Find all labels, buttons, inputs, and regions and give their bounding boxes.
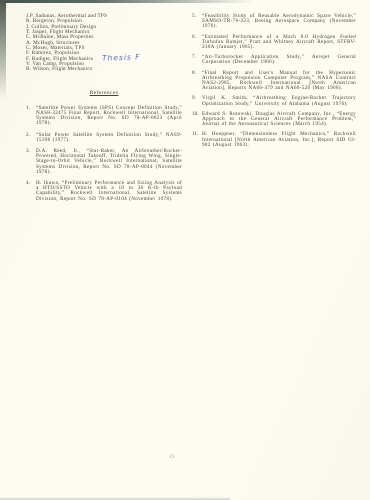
contributors-list: J.P. Sadunas, Aerothermal and TPS R. Ber… [26,14,182,73]
reference-item: 9. Virgil K. Smith, “Airbreathing Engine… [192,96,356,106]
reference-number: 6. [192,35,196,40]
reference-number: 4. [26,181,30,186]
reference-text: “Final Report and User's Manual for the … [202,70,356,92]
reference-text: Edward S. Rutowski, Douglas Aircraft Com… [202,111,356,127]
left-column: J.P. Sadunas, Aerothermal and TPS R. Ber… [26,14,182,208]
reference-number: 5. [192,14,196,19]
reference-text: “Estimated Performance of a Mach 8.0 Hyd… [202,34,356,50]
reference-item: 7. “Air-Turborocket Application Study,” … [192,55,356,65]
handwritten-annotation: Thesis F [102,52,141,62]
reference-text: “Satellite Power Systems (SPS) Concept D… [36,105,182,127]
contributor-line: B. Wilson, Flight Mechanics [26,67,182,72]
reference-number: 7. [192,55,196,60]
reference-number: 11. [192,132,198,137]
reference-number: 2. [26,133,30,138]
reference-item: 2. “Solar Power Satellite System Definit… [26,133,182,143]
reference-item: 4. H. Ikawa, “Preliminary Performance an… [26,181,182,202]
reference-item: 3. D.A. Reed, Jr., “Star-Raker, An Airbr… [26,149,182,175]
reference-text: “Feasibility Study of Reusable Aerodynam… [202,13,356,29]
references-heading: References [26,90,182,96]
reference-number: 3. [26,149,30,154]
reference-number: 10. [192,112,198,117]
right-column: 5. “Feasibility Study of Reusable Aerody… [192,14,356,208]
scanned-page: J.P. Sadunas, Aerothermal and TPS R. Ber… [0,0,370,500]
reference-text: D.A. Reed, Jr., “Star-Raker, An Airbreat… [36,148,182,175]
reference-item: 10. Edward S. Rutowski, Douglas Aircraft… [192,112,356,128]
reference-number: 1. [26,106,30,111]
page-number: 15 [169,455,175,460]
reference-item: 8. “Final Report and User's Manual for t… [192,71,356,92]
reference-item: 1. “Satellite Power Systems (SPS) Concep… [26,106,182,127]
reference-number: 8. [192,71,196,76]
reference-number: 9. [192,96,196,101]
reference-text: Virgil K. Smith, “Airbreathing Engine/Ro… [202,95,356,106]
reference-item: 6. “Estimated Performance of a Mach 8.0 … [192,35,356,51]
reference-text: “Air-Turborocket Application Study,” Aer… [202,54,356,65]
reference-text: “Solar Power Satellite System Definition… [36,132,182,143]
reference-text: H. Hoeppner, “Dimensionless Flight Mecha… [202,131,356,147]
two-column-layout: J.P. Sadunas, Aerothermal and TPS R. Ber… [0,0,370,208]
reference-item: 5. “Feasibility Study of Reusable Aerody… [192,14,356,30]
reference-item: 11. H. Hoeppner, “Dimensionless Flight M… [192,132,356,148]
reference-text: H. Ikawa, “Preliminary Performance and S… [36,180,182,202]
